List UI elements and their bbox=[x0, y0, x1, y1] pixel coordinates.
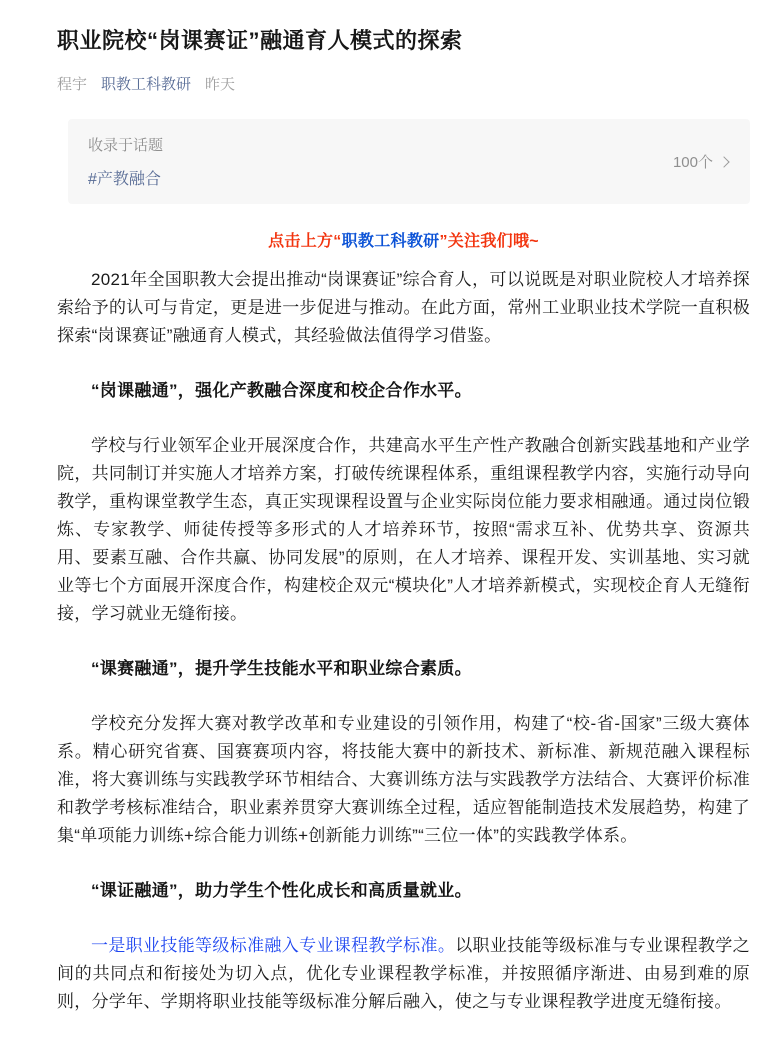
publish-date: 昨天 bbox=[205, 73, 235, 94]
article-page: 职业院校“岗课赛证”融通育人模式的探索 程宇 职教工科教研 昨天 收录于话题 #… bbox=[0, 0, 778, 1053]
paragraph-kesai: 学校充分发挥大赛对教学改革和专业建设的引领作用，构建了“校-省-国家”三级大赛体… bbox=[57, 710, 750, 850]
topic-info: 收录于话题 #产教融合 bbox=[88, 134, 163, 189]
section-heading-kesai: “课赛融通”，提升学生技能水平和职业综合素质。 bbox=[57, 655, 750, 683]
topic-count-link[interactable]: 100个 bbox=[673, 151, 728, 172]
notice-account-name: 职教工科教研 bbox=[342, 233, 440, 250]
paragraph-gangke: 学校与行业领军企业开展深度合作，共建高水平生产性产教融合创新实践基地和产业学院，… bbox=[57, 432, 750, 628]
paragraph-kezheng-lead: 一是职业技能等级标准融入专业课程教学标准。 bbox=[91, 936, 455, 955]
section-heading-kezheng: “课证融通”，助力学生个性化成长和高质量就业。 bbox=[57, 877, 750, 905]
topic-tag-link[interactable]: #产教融合 bbox=[88, 166, 163, 189]
topic-collection-card[interactable]: 收录于话题 #产教融合 100个 bbox=[68, 119, 750, 204]
byline: 程宇 职教工科教研 昨天 bbox=[57, 73, 750, 94]
chevron-right-icon bbox=[718, 156, 729, 167]
section-heading-gangke: “岗课融通”，强化产教融合深度和校企合作水平。 bbox=[57, 377, 750, 405]
follow-notice: 点击上方“职教工科教研”关注我们哦~ bbox=[57, 228, 750, 251]
account-link[interactable]: 职教工科教研 bbox=[101, 73, 191, 94]
author-name: 程宇 bbox=[57, 73, 87, 94]
topic-count: 100个 bbox=[673, 151, 713, 172]
notice-suffix: ”关注我们哦~ bbox=[439, 233, 538, 250]
notice-prefix: 点击上方“ bbox=[268, 233, 342, 250]
topic-collection-label: 收录于话题 bbox=[88, 134, 163, 155]
paragraph-intro: 2021年全国职教大会提出推动“岗课赛证”综合育人，可以说既是对职业院校人才培养… bbox=[57, 266, 750, 350]
article-title: 职业院校“岗课赛证”融通育人模式的探索 bbox=[57, 26, 750, 56]
paragraph-kezheng: 一是职业技能等级标准融入专业课程教学标准。以职业技能等级标准与专业课程教学之间的… bbox=[57, 932, 750, 1016]
